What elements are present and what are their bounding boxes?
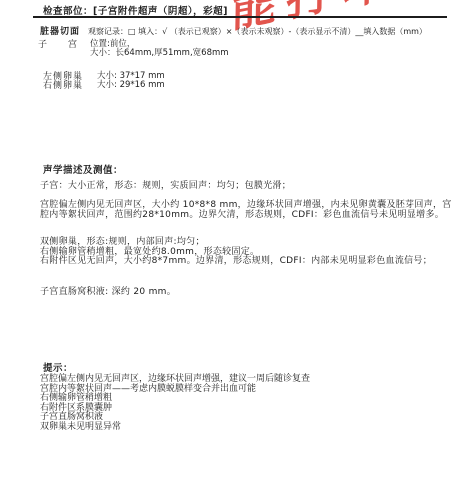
impression-line: 右附件区系膜囊肿 <box>40 404 460 414</box>
right-ovary-size-value: 大小: 29*16 mm <box>97 78 165 90</box>
impression-list: 宫腔偏左侧内见无回声区，边缘环状回声增强，建议一周后随诊复查 宫腔内等絮状回声—… <box>40 375 460 433</box>
findings-paragraph-cul-de-sac: 子宫直肠窝积液: 深约 20 mm。 <box>40 288 452 298</box>
findings-paragraph-adnexa: 双侧卵巢，形态:规则，内部回声:均匀； 右侧输卵管稍增粗，最宽处约8.0mm，形… <box>40 238 452 267</box>
uterus-size-value: 大小：长64mm,厚51mm,宽68mm <box>90 46 229 58</box>
findings-paragraph-cavity: 宫腔偏左侧内见无回声区，大小约 10*8*8 mm，边缘环状回声增强，内未见卵黄… <box>40 201 452 220</box>
organ-row-right-ovary-label: 右侧卵巢 <box>43 78 83 91</box>
ultrasound-report-page: 能打印 检查部位：[子宫附件超声（阴超），彩超] 脏器切面观察记录：□ 填入：√… <box>0 0 473 480</box>
findings-heading: 声学描述及测值： <box>43 162 123 176</box>
organ-section-label: 脏器切面 <box>40 27 80 37</box>
observation-legend: 观察记录：□ 填入：√ （表示已观察）×（表示未观察）-（表示显示不清）__填入… <box>88 27 427 36</box>
organ-row-uterus-label: 子 宫 <box>38 37 78 50</box>
organ-legend-row: 脏器切面观察记录：□ 填入：√ （表示已观察）×（表示未观察）-（表示显示不清）… <box>40 24 427 37</box>
exam-site-line: 检查部位：[子宫附件超声（阴超），彩超] <box>43 3 228 17</box>
header-divider <box>33 16 447 18</box>
impression-heading: 提示： <box>43 360 73 374</box>
impression-line: 双卵巢未见明显异常 <box>40 423 460 433</box>
findings-paragraph-uterus: 子宫：大小正常，形态：规则，实质回声：均匀；包膜光滑； <box>40 182 452 192</box>
